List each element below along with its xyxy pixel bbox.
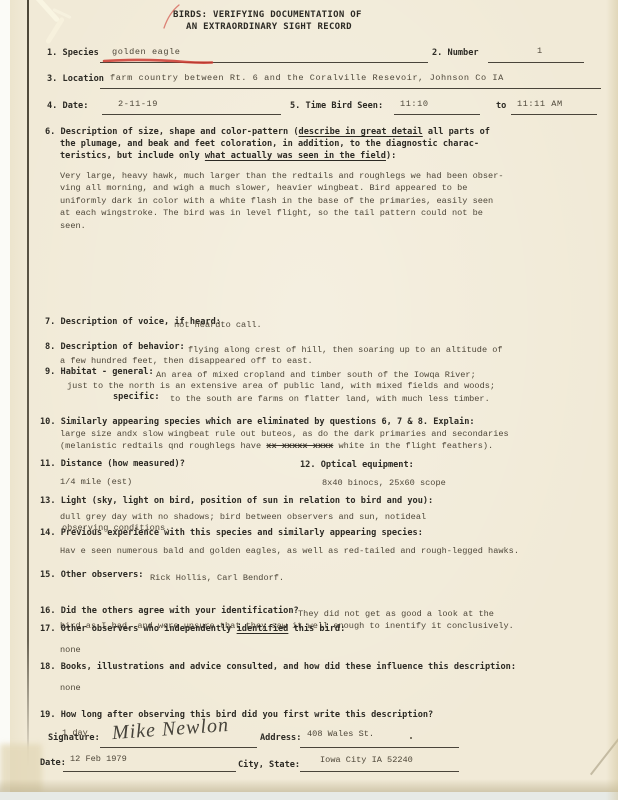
q6-answer: Very large, heavy hawk, much larger than… (60, 170, 530, 232)
q19-label: 19. How long after observing this bird d… (40, 710, 433, 721)
time-to-label: to (496, 101, 506, 112)
q10-struck-out-text: xx xxxxx xxxx (266, 441, 333, 451)
form-title-line2: AN EXTRAORDINARY SIGHT RECORD (186, 22, 352, 33)
q8-answer-line2: a few hundred feet, then disappeared off… (60, 356, 313, 367)
date-seen-label: 4. Date: (47, 101, 88, 112)
q14-label: 14. Previous experience with this specie… (40, 528, 423, 539)
q10-answer-line1: large size andx slow wingbeat rule out b… (60, 429, 509, 440)
q18-label: 18. Books, illustrations and advice cons… (40, 662, 516, 673)
q7-answer: not heardto call. (174, 320, 262, 331)
q9-answer-line2: just to the north is an extensive area o… (67, 381, 495, 392)
paper-left-band (10, 0, 28, 800)
date-seen-line (102, 114, 281, 115)
q15-answer: Rick Hollis, Carl Bendorf. (150, 573, 284, 584)
time-to-value: 11:11 AM (517, 99, 563, 110)
q14-answer: Hav e seen numerous bald and golden eagl… (60, 546, 519, 557)
q15-label: 15. Other observers: (40, 570, 143, 581)
q17-answer: none (60, 645, 81, 656)
q10-answer-line2: (melanistic redtails qnd roughlegs have … (60, 441, 493, 452)
q13-answer-line1: dull grey day with no shadows; bird betw… (60, 512, 426, 523)
form-title-line1: BIRDS: VERIFYING DOCUMENTATION OF (173, 10, 362, 21)
q6-label-line2: the plumage, and beak and feet coloratio… (60, 139, 479, 150)
city-state-line (300, 771, 459, 772)
q11-answer: 1/4 mile (est) (60, 477, 132, 488)
time-from-value: 11:10 (400, 99, 429, 110)
q6-label-line1: 6. Description of size, shape and color-… (45, 127, 490, 138)
q8-answer-line1: flying along crest of hill, then soaring… (188, 345, 503, 356)
signature-line (100, 747, 257, 748)
number-line (488, 62, 584, 63)
address-line (300, 747, 459, 748)
q17-label: 17. Other observers who independently id… (40, 624, 345, 635)
footer-date-line (63, 771, 236, 772)
q13-label: 13. Light (sky, light on bird, position … (40, 496, 433, 507)
footer-date-value: 12 Feb 1979 (70, 754, 127, 765)
scan-left-margin (0, 0, 10, 800)
address-value: 408 Wales St. (307, 729, 374, 740)
q12-label: 12. Optical equipment: (300, 460, 414, 471)
time-to-line (511, 114, 597, 115)
q10-answer-l2a: (melanistic redtails qnd roughlegs have (60, 441, 266, 451)
q10-answer-l2b: white in the flight feathers). (333, 441, 493, 451)
q8-label: 8. Description of behavior: (45, 342, 185, 353)
signature-label: Signature: (48, 733, 100, 744)
species-line (100, 62, 428, 63)
q17-label-a: 17. Other observers who independently (40, 624, 237, 634)
location-value: farm country between Rt. 6 and the Coral… (110, 73, 504, 84)
city-state-label: City, State: (238, 760, 300, 771)
q9-answer-line1: An area of mixed cropland and timber sou… (156, 370, 476, 381)
species-value: golden eagle (112, 47, 181, 58)
location-line (100, 88, 601, 89)
number-value: 1 (537, 46, 543, 57)
q18-answer: none (60, 683, 81, 694)
q16-label: 16. Did the others agree with your ident… (40, 606, 299, 617)
scanned-sight-record-form: BIRDS: VERIFYING DOCUMENTATION OF AN EXT… (0, 0, 618, 800)
number-label: 2. Number (432, 48, 479, 59)
scan-bottom-edge (0, 792, 618, 800)
q11-label: 11. Distance (how measured)? (40, 459, 185, 470)
date-seen-value: 2-11-19 (118, 99, 158, 110)
paper-right-edge-shading (606, 0, 618, 800)
q6-label-line3: teristics, but include only what actuall… (60, 151, 396, 162)
q12-answer: 8x40 binocs, 25x60 scope (322, 478, 446, 489)
paper-fold-line (27, 0, 29, 800)
species-label: 1. Species (47, 48, 99, 59)
q6-label-underlined-2: what actually was seen in the field (205, 151, 386, 161)
q10-label: 10. Similarly appearing species which ar… (40, 417, 475, 428)
location-label: 3. Location (47, 74, 104, 85)
city-state-value: Iowa City IA 52240 (320, 755, 413, 766)
q6-label-l3a: teristics, but include only (60, 151, 205, 161)
q9-label: 9. Habitat - general: (45, 367, 154, 378)
address-label: Address: (260, 733, 301, 744)
q16-answer-line1: They did not get as good a look at the (298, 609, 494, 620)
q6-label-underlined-1: describe in great detail (299, 127, 423, 137)
q6-label-l1c: all parts of (423, 127, 490, 137)
q6-label-l3c: ): (386, 151, 396, 161)
time-seen-label: 5. Time Bird Seen: (290, 101, 383, 112)
q17-label-c: this bird: (288, 624, 345, 634)
stray-ink-dot (410, 737, 412, 739)
paper-bottom-shadow (0, 779, 618, 792)
q6-label-l1a: 6. Description of size, shape and color-… (45, 127, 299, 137)
q9-specific-answer: to the south are farms on flatter land, … (170, 394, 490, 405)
q9-specific-label: specific: (113, 392, 160, 403)
time-from-line (394, 114, 480, 115)
footer-date-label: Date: (40, 758, 66, 769)
q17-label-underlined: identified (237, 624, 289, 634)
